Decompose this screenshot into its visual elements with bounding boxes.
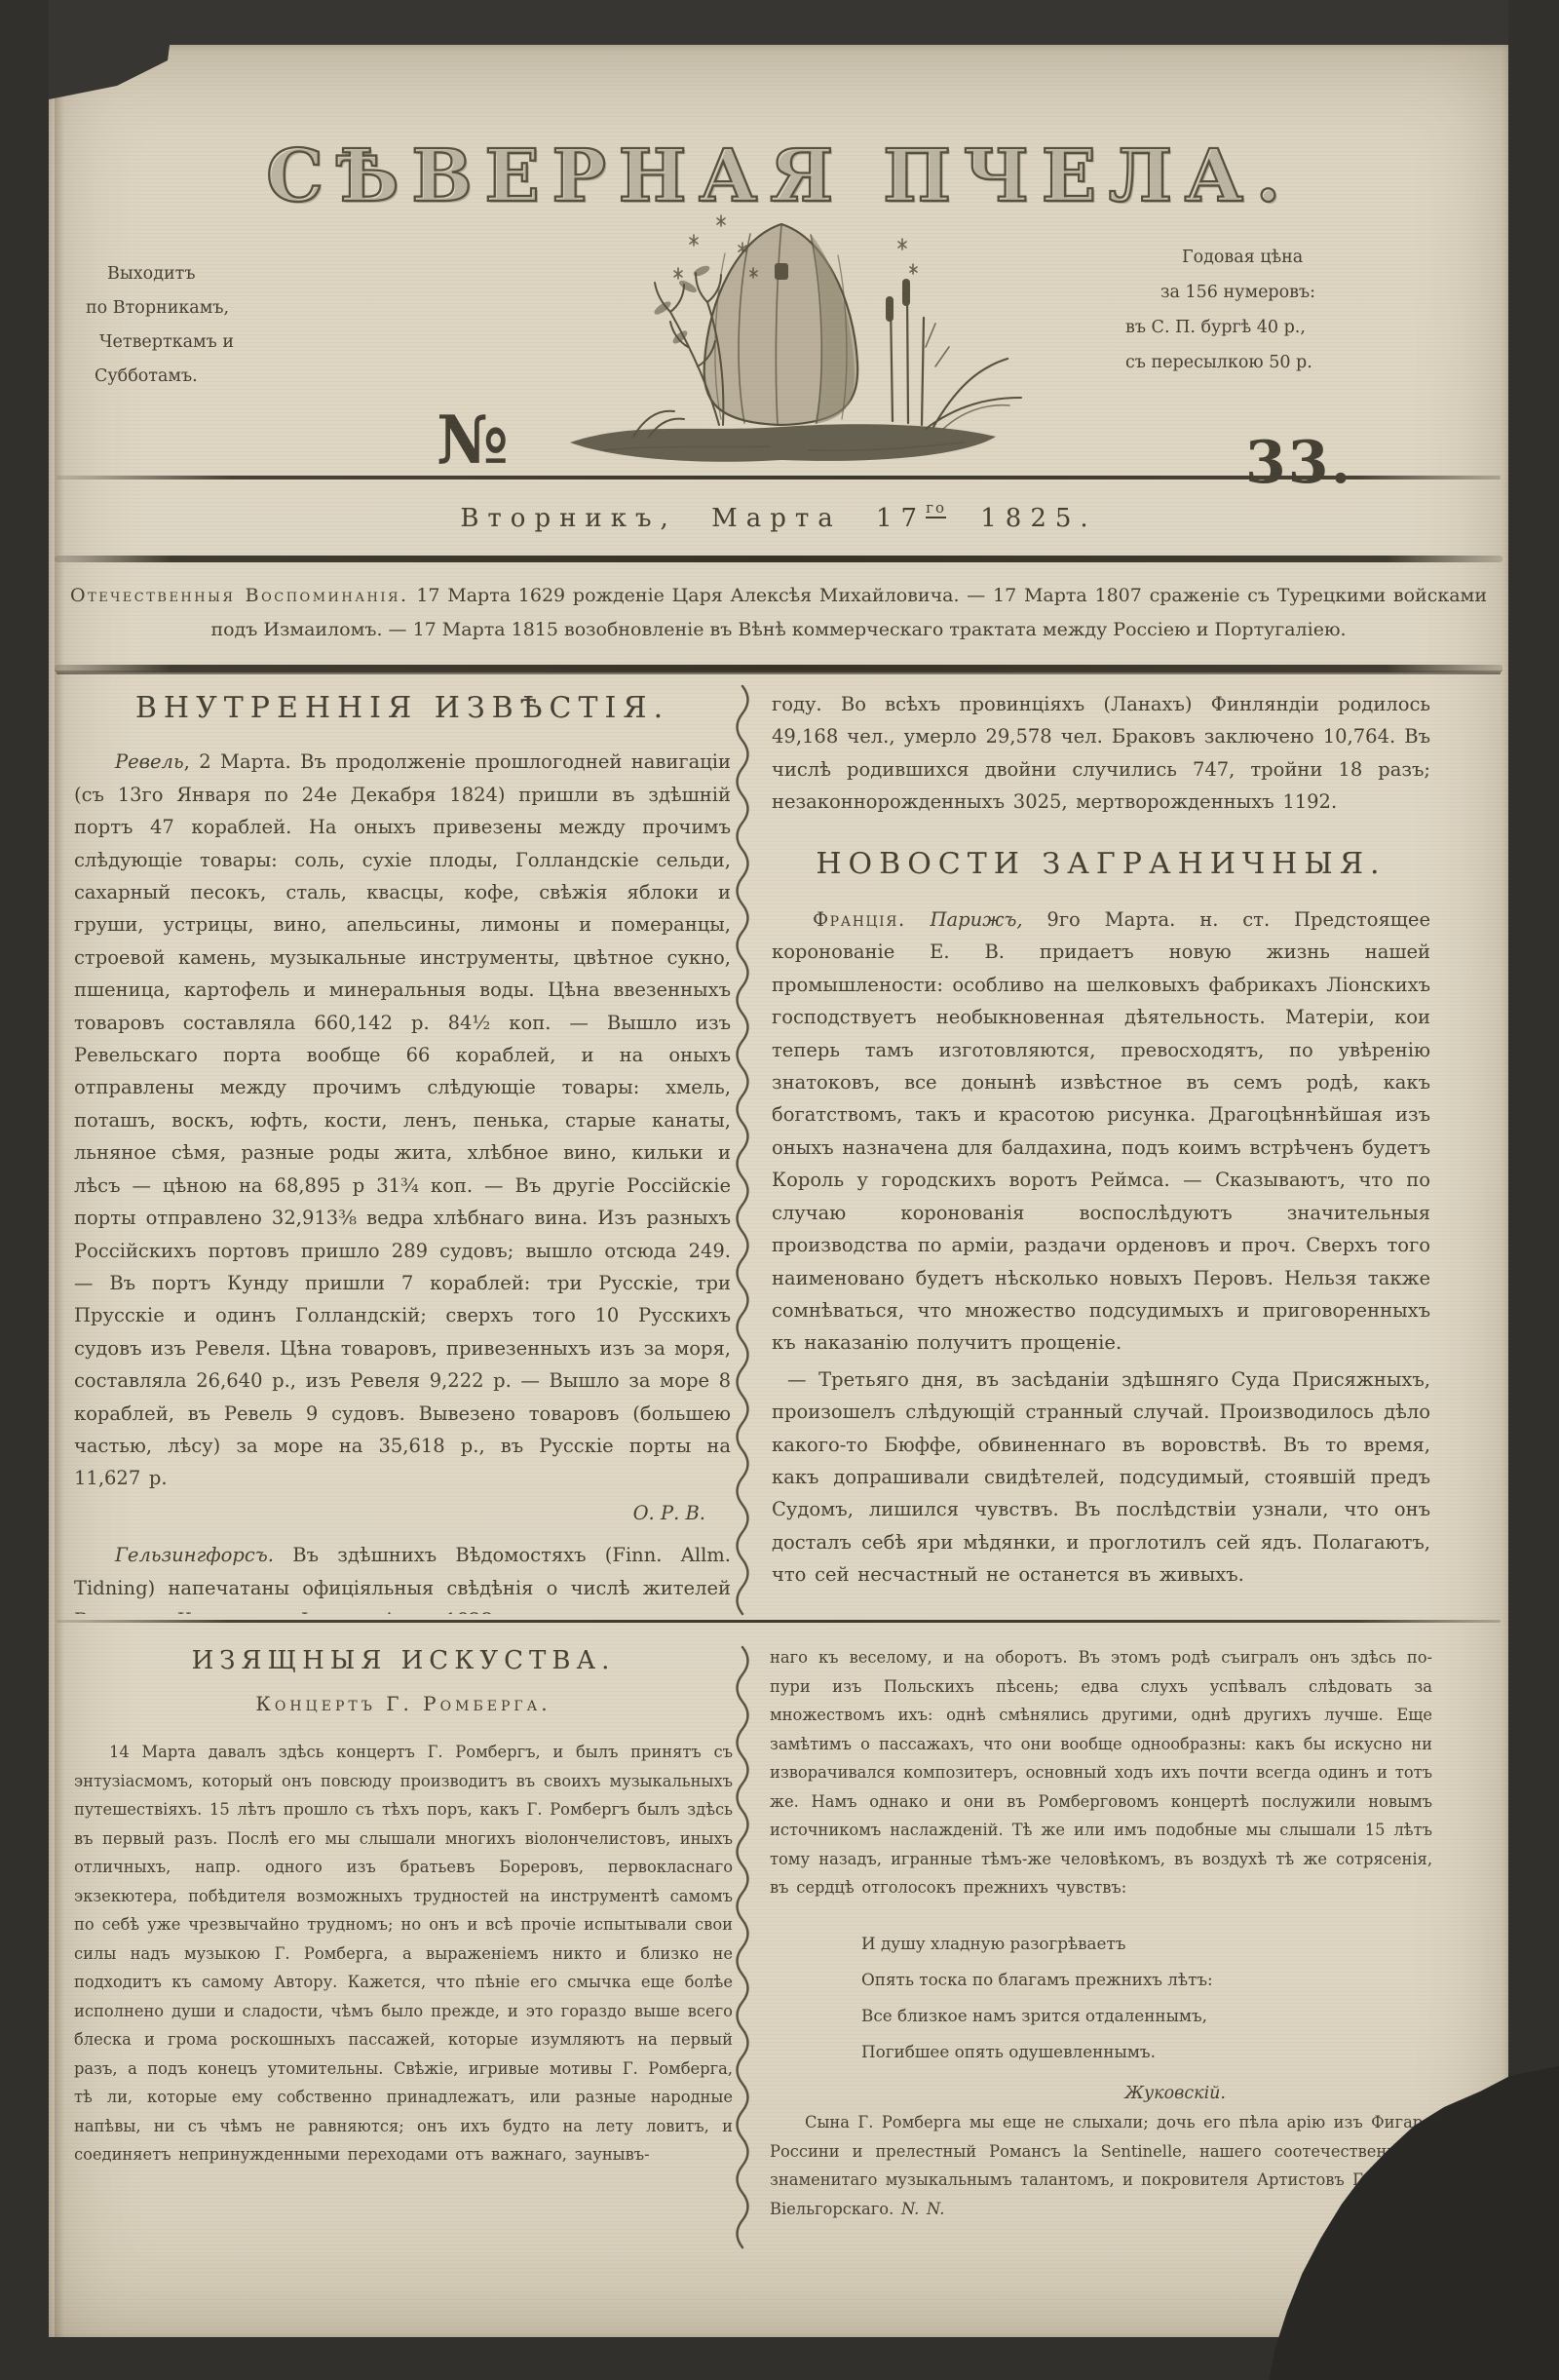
scan-margin-left <box>0 0 49 2380</box>
subheading-romberg-concert: Концертъ Г. Ромберга. <box>74 1690 733 1719</box>
section-foreign-news: году. Во всѣхъ провинціяхъ (Ланахъ) Финл… <box>772 688 1430 1614</box>
price-line: съ пересылкою 50 р. <box>1125 345 1486 380</box>
article-revel-text: , 2 Марта. Въ продолженіе прошлогодней н… <box>74 750 731 1489</box>
date-text: Вторникъ, Марта 17 <box>460 504 926 533</box>
beehive-vignette-icon <box>516 181 1062 493</box>
heading-foreign-news: НОВОСТИ ЗАГРАНИЧНЫЯ. <box>772 848 1430 880</box>
divider-rule-above-memorial <box>55 556 1502 562</box>
poem-quote: И душу хладную разогрѣваетъ Опять тоска … <box>861 1926 1432 2070</box>
issue-number: 33. <box>1245 429 1352 497</box>
article-france-text: 9го Марта. н. ст. Предстоящее короновані… <box>772 908 1430 1354</box>
poem-line: И душу хладную разогрѣваетъ <box>861 1926 1432 1962</box>
article-helsingfors-continuation: году. Во всѣхъ провинціяхъ (Ланахъ) Финл… <box>772 688 1430 819</box>
article-closing-signature: N. N. <box>901 2200 944 2218</box>
article-france-country: Франція. <box>813 908 906 931</box>
cattails-right <box>886 279 1021 429</box>
newspaper-page: СѢВЕРНАЯ ПЧЕЛА. Выходитъ по Вторникамъ, … <box>49 45 1508 2339</box>
divider-rule-top <box>57 476 1501 480</box>
section-fine-arts: ИЗЯЩНЫЯ ИСКУСТВА. Концертъ Г. Ромберга. … <box>74 1641 733 2283</box>
memorial-lead: Отечественныя Воспоминанія. <box>70 585 409 606</box>
poem-signature: Жуковскій. <box>770 2080 1432 2109</box>
schedule-line: по Вторникамъ, <box>86 291 234 326</box>
article-france-city: Парижъ, <box>906 908 1023 931</box>
article-romberg-right: наго къ веселому, и на оборотъ. Въ этомъ… <box>770 1643 1432 1902</box>
schedule-line: Субботамъ. <box>95 360 234 394</box>
issue-number-sign: № <box>437 402 509 480</box>
price-line: въ С. П. бургѣ 40 р., <box>1125 310 1486 345</box>
column-divider-squiggle <box>731 684 756 1616</box>
article-revel: Ревель, 2 Марта. Въ продолженіе прошлого… <box>74 746 731 1494</box>
divider-rule-middle <box>57 1620 1501 1623</box>
plants-left <box>633 273 723 437</box>
date-line: Вторникъ, Марта 17го 1825. <box>49 499 1508 533</box>
article-court-case: — Третьяго дня, въ засѣданіи здѣшняго Су… <box>772 1363 1430 1592</box>
poem-line: Погибшее опять одушевленнымъ. <box>861 2034 1432 2070</box>
price-line: Годовая цѣна <box>1182 240 1486 275</box>
article-helsingfors-dateline: Гельзингфорсъ. <box>115 1544 274 1566</box>
article-revel-dateline: Ревель <box>115 750 184 773</box>
article-signature: О. Р. В. <box>74 1497 731 1529</box>
article-closing-text: Сына Г. Ромберга мы еще не слыхали; дочь… <box>770 2113 1432 2218</box>
hive-entrance <box>775 263 788 280</box>
heading-fine-arts: ИЗЯЩНЫЯ ИСКУСТВА. <box>74 1647 733 1676</box>
scan-margin-right <box>1508 0 1559 2380</box>
publication-schedule: Выходитъ по Вторникамъ, Четверткамъ и Су… <box>86 257 234 394</box>
section-domestic-news: ВНУТРЕННІЯ ИЗВѢСТІЯ. Ревель, 2 Марта. Въ… <box>74 688 731 1614</box>
article-helsingfors: Гельзингфорсъ. Въ здѣшнихъ Вѣдомостяхъ (… <box>74 1539 731 1614</box>
article-closing: Сына Г. Ромберга мы еще не слыхали; дочь… <box>770 2108 1432 2223</box>
scanned-newspaper-screenshot: { "page": { "paper_color": "#ded5c3", "i… <box>0 0 1559 2380</box>
memorial-note: Отечественныя Воспоминанія. 17 Марта 162… <box>70 579 1487 647</box>
heading-domestic-news: ВНУТРЕННІЯ ИЗВѢСТІЯ. <box>74 692 731 724</box>
date-ordinal-suffix: го <box>926 499 946 518</box>
binding-fold-shadow <box>55 45 64 2339</box>
article-france: Франція. Парижъ, 9го Марта. н. ст. Предс… <box>772 903 1430 1360</box>
section-fine-arts-continuation: наго къ веселому, и на оборотъ. Въ этомъ… <box>770 1643 1432 2284</box>
date-year: 1825. <box>946 504 1097 533</box>
price-line: за 156 нумеровъ: <box>1160 275 1486 310</box>
poem-line: Все близкое намъ зрится отдаленнымъ, <box>861 1998 1432 2034</box>
divider-rule-below-memorial <box>55 665 1502 672</box>
column-divider-squiggle-bottom <box>731 1645 756 2269</box>
schedule-line: Выходитъ <box>107 257 234 291</box>
schedule-line: Четверткамъ и <box>99 326 234 360</box>
scan-margin-top <box>0 0 1559 45</box>
subscription-price: Годовая цѣна за 156 нумеровъ: въ С. П. б… <box>1125 240 1486 380</box>
article-romberg-left: 14 Марта давалъ здѣсь концертъ Г. Ромбер… <box>74 1738 733 2169</box>
poem-line: Опять тоска по благамъ прежнихъ лѣтъ: <box>861 1962 1432 1998</box>
